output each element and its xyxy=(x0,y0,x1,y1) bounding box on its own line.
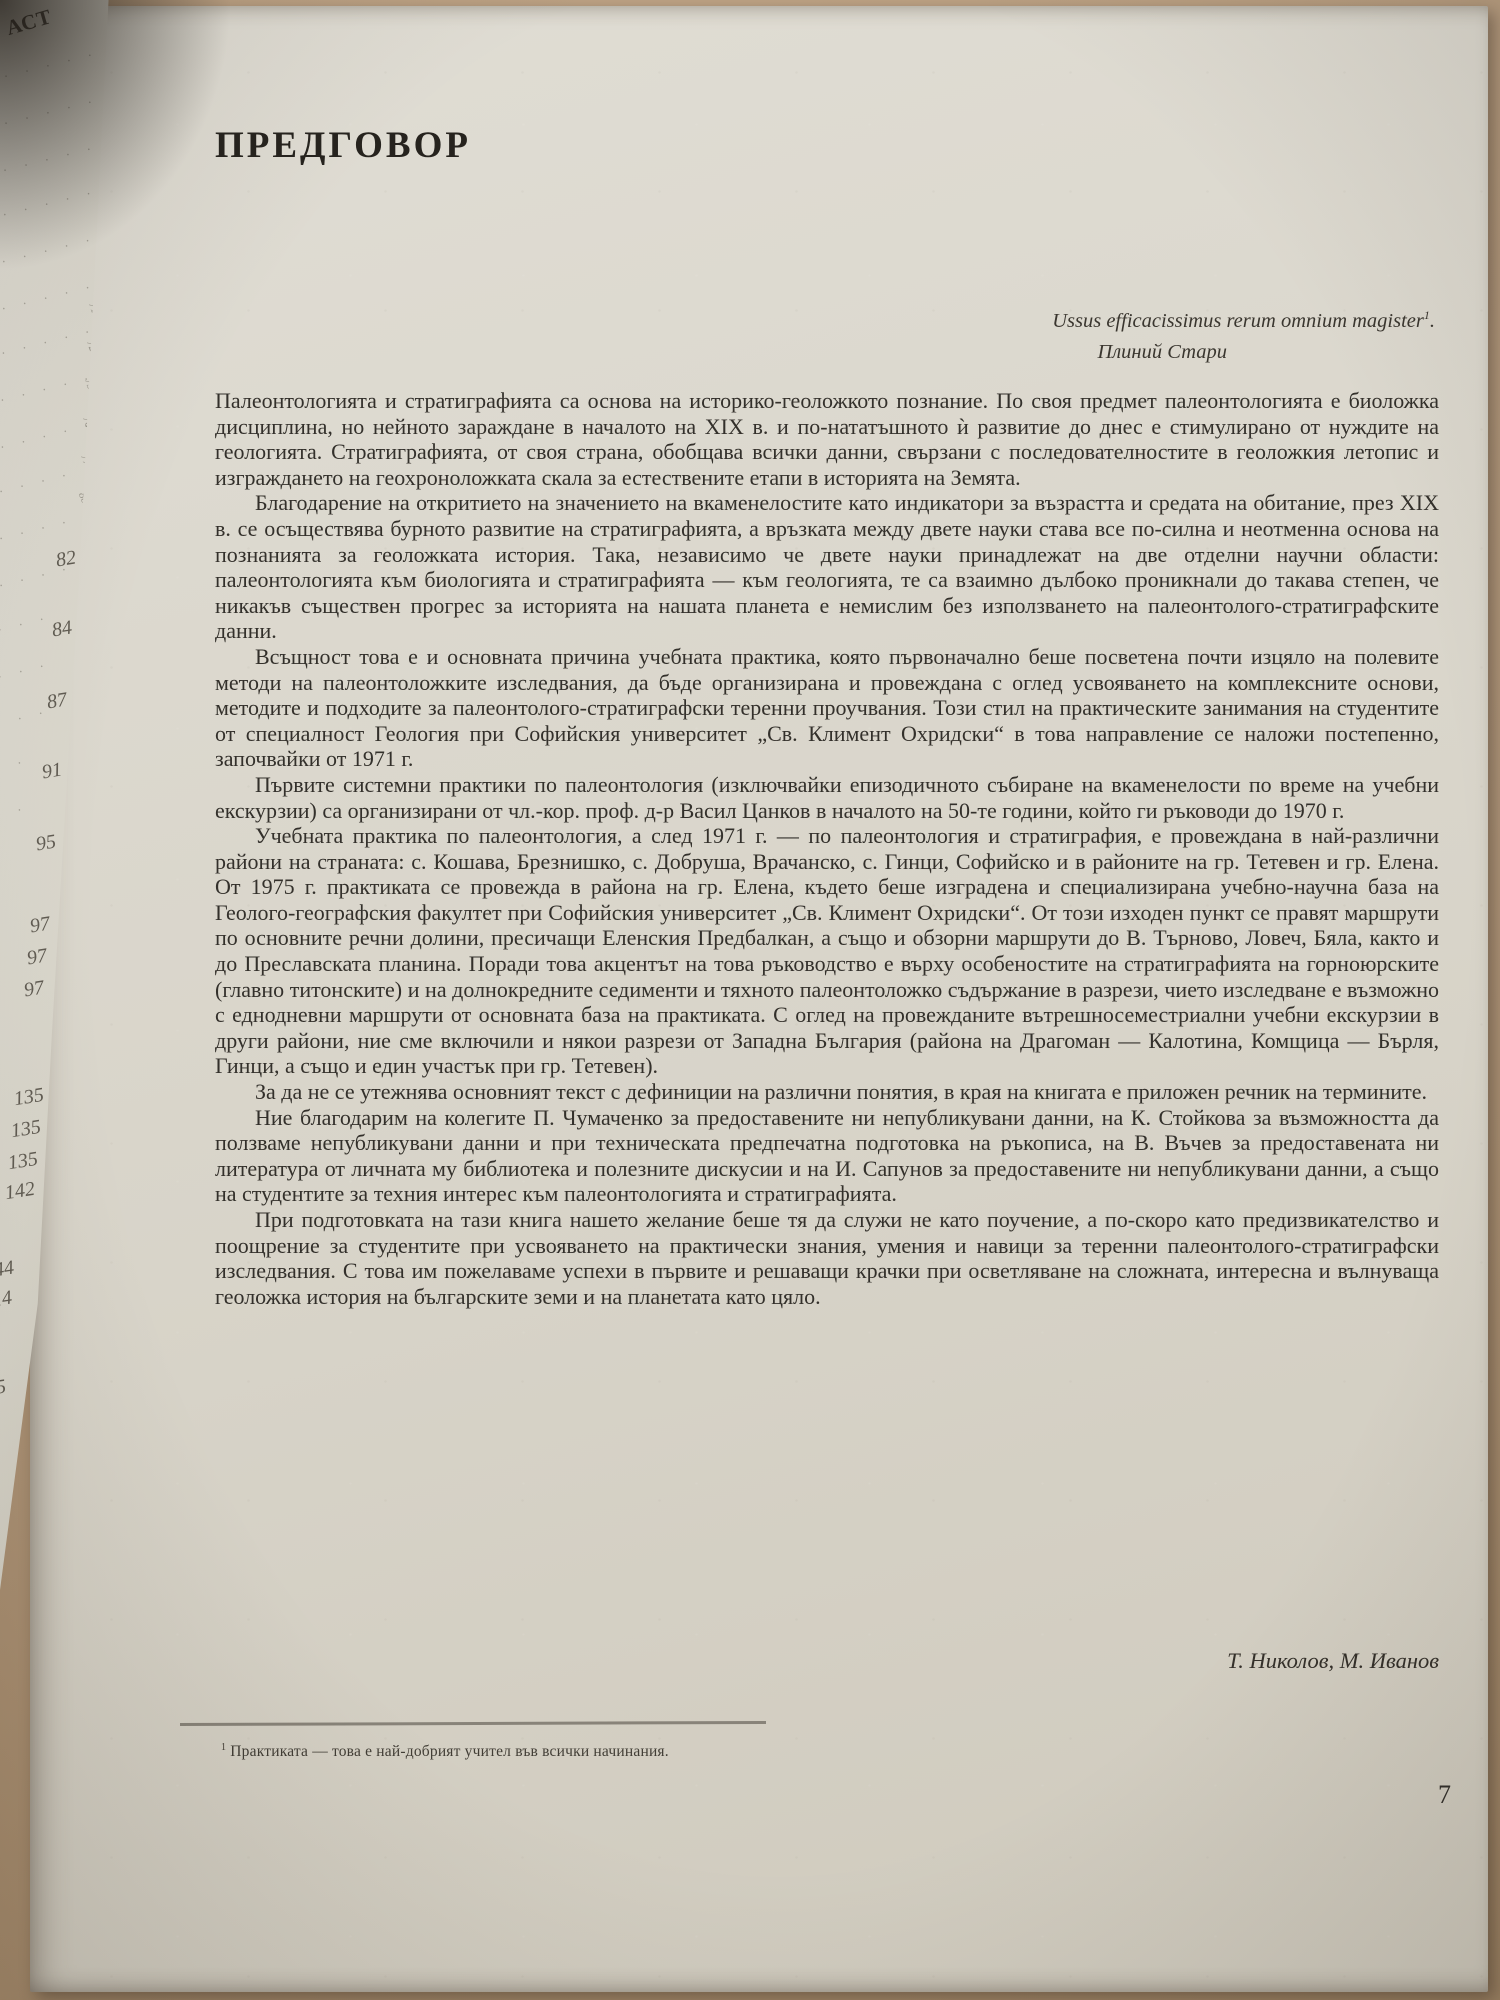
page-title: ПРЕДГОВОР xyxy=(215,124,471,167)
footnote-text: Практиката — това е най-добрият учител в… xyxy=(230,1743,669,1760)
toc-dot-leader: · · xyxy=(0,800,30,823)
footnote-divider xyxy=(180,1721,766,1726)
footnote-marker: 1 xyxy=(221,1742,226,1753)
toc-page-number: 97 xyxy=(28,913,51,939)
toc-page-number: 14 xyxy=(0,1287,14,1313)
toc-dot-leader: · · xyxy=(0,753,30,776)
toc-page-number: 97 xyxy=(22,977,45,1003)
page-number: 7 xyxy=(1438,1780,1451,1810)
body-paragraph: Палеонтологията и стратиграфията са осно… xyxy=(215,388,1439,490)
toc-dot-leader: · · · · xyxy=(0,513,75,547)
body-paragraph: Всъщност това е и основната причина учеб… xyxy=(215,644,1439,772)
epigraph: Ussus efficacissimus rerum omnium magist… xyxy=(215,300,1439,368)
body-paragraph: При подготовката на тази книга нашето же… xyxy=(215,1207,1439,1309)
toc-dot-leader: · · · · · xyxy=(0,369,97,408)
toc-dot-leader: · · · · xyxy=(0,466,75,500)
toc-page-number: 5 xyxy=(0,1375,8,1399)
toc-page-number: 82 xyxy=(54,547,77,573)
body-paragraph: Ние благодарим на колегите П. Чумаченко … xyxy=(215,1105,1439,1207)
toc-page-number: 95 xyxy=(34,831,57,857)
toc-page-number: 84 xyxy=(50,617,73,643)
authors-signature: Т. Николов, М. Иванов xyxy=(215,1648,1465,1674)
toc-dot-leader: · · · xyxy=(0,610,53,639)
epigraph-latin-line: Ussus efficacissimus rerum omnium magist… xyxy=(215,300,1439,337)
toc-page-number: 135 xyxy=(12,1084,45,1111)
toc-page-number: 135 xyxy=(9,1116,42,1143)
book-page: ПРЕДГОВОР Ussus efficacissimus rerum omn… xyxy=(30,6,1488,1992)
toc-page-number: 91 xyxy=(40,759,63,785)
body-paragraph: За да не се утежнява основният текст с д… xyxy=(215,1079,1439,1105)
toc-dot-leader: · · · xyxy=(0,657,52,686)
toc-page-number: 142 xyxy=(3,1178,36,1205)
footnote: 1 Практиката — това е най-добрият учител… xyxy=(221,1742,1121,1761)
toc-dot-leader: · · · xyxy=(0,704,52,733)
toc-page-number: 97 xyxy=(25,945,48,971)
toc-page-number: 44 xyxy=(0,1257,16,1283)
body-paragraph: Първите системни практики по палеонтолог… xyxy=(215,772,1439,823)
body-text: Палеонтологията и стратиграфията са осно… xyxy=(215,388,1439,1309)
book-photo: ПРЕДГОВОР Ussus efficacissimus rerum omn… xyxy=(0,0,1500,2000)
epigraph-latin-text: Ussus efficacissimus rerum omnium magist… xyxy=(1052,310,1424,332)
body-paragraph: Благодарение на откритието на значението… xyxy=(215,490,1439,644)
epigraph-attribution: Плиний Стари xyxy=(215,337,1439,368)
previous-page-heading-fragment: АСТ xyxy=(3,4,54,41)
body-paragraph: Учебната практика по палеонтология, а сл… xyxy=(215,823,1439,1079)
toc-page-number: 135 xyxy=(6,1148,39,1175)
toc-page-number: 87 xyxy=(45,689,68,715)
epigraph-latin-period: . xyxy=(1430,310,1435,332)
